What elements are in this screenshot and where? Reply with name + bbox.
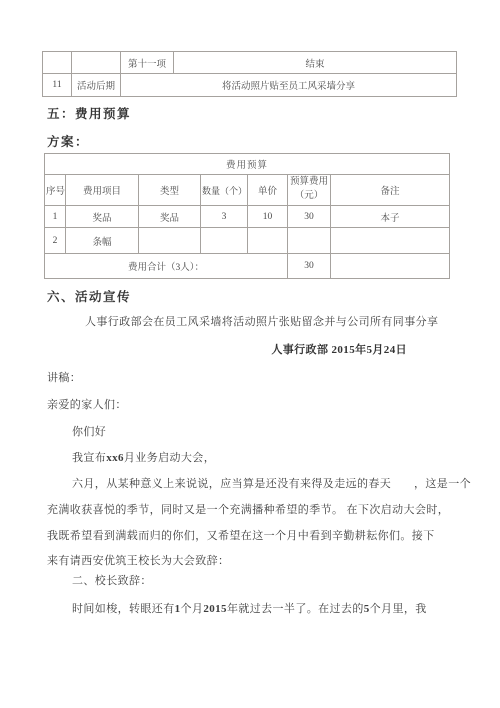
speech-para-line1: 六月，从某种意义上来说说，应当算是还没有来得及走远的春天 ，这是一个 xyxy=(72,475,471,491)
promo-share-line: 人事行政部会在员工风采墙将活动照片张贴留念并与公司所有同事分享 xyxy=(85,313,438,329)
budget-table-title: 费用预算 xyxy=(45,154,450,175)
table-row: 费用合计（3人）： 30 xyxy=(45,254,450,279)
table-row: 11 活动后期 将活动照片贴至员工风采墙分享 xyxy=(43,74,457,97)
budget-cell-unit-price xyxy=(248,228,288,254)
budget-cell-type xyxy=(139,228,201,254)
budget-cell-qty: 3 xyxy=(201,206,248,228)
schedule-cell-description: 将活动照片贴至员工风采墙分享 xyxy=(121,74,457,97)
section-heading-promo: 六、活动宣传 xyxy=(47,287,131,305)
budget-cell-seq: 2 xyxy=(45,228,66,254)
budget-header-fee-line1: 预算费用 xyxy=(289,176,329,190)
script-label: 讲稿： xyxy=(47,369,81,385)
schedule-cell-item-no: 第十一项 xyxy=(121,52,174,74)
hello-line: 你们好 xyxy=(72,423,106,439)
document-page: 第十一项 结束 11 活动后期 将活动照片贴至员工风采墙分享 五：费用预算 方案… xyxy=(0,0,500,708)
plan-label: 方案： xyxy=(47,132,89,150)
budget-cell-item: 条幅 xyxy=(66,228,139,254)
schedule-cell-seq: 11 xyxy=(43,74,72,97)
budget-header-seq: 序号 xyxy=(45,175,66,206)
budget-cell-note: 本子 xyxy=(331,206,450,228)
time-seg2: 个月 xyxy=(181,603,204,615)
budget-cell-seq: 1 xyxy=(45,206,66,228)
principal-heading: 二、校长致辞： xyxy=(72,572,152,588)
budget-header-type: 类型 xyxy=(139,175,201,206)
speech-para-line4: 来有请西安优筑王校长为大会致辞： xyxy=(47,552,229,568)
greeting-line: 亲爱的家人们： xyxy=(47,396,127,412)
budget-cell-type: 奖品 xyxy=(139,206,201,228)
budget-cell-item: 奖品 xyxy=(66,206,139,228)
speech-para-line3: 我既希望看到满载而归的你们，又希望在这一个月中看到辛勤耕耘你们。接下 xyxy=(47,527,435,543)
table-row: 2 条幅 xyxy=(45,228,450,254)
table-row: 费用预算 xyxy=(45,154,450,175)
budget-footer-total: 30 xyxy=(288,254,331,279)
budget-header-note: 备注 xyxy=(331,175,450,206)
schedule-cell-phase: 活动后期 xyxy=(72,74,121,97)
table-row: 第十一项 结束 xyxy=(43,52,457,74)
budget-cell-unit-price: 10 xyxy=(248,206,288,228)
time-seg4: 个月里，我 xyxy=(370,603,427,615)
budget-footer-label: 费用合计（3人）： xyxy=(45,254,288,279)
announce-post: 月业务启动大会， xyxy=(124,452,215,464)
budget-cell-fee: 30 xyxy=(288,206,331,228)
schedule-cell-item-name: 结束 xyxy=(174,52,457,74)
signoff-line: 人事行政部 2015年5月24日 xyxy=(271,341,407,357)
budget-cell-note xyxy=(331,228,450,254)
announce-line: 我宣布xx6月业务启动大会， xyxy=(72,449,215,465)
schedule-cell-empty xyxy=(43,52,72,74)
budget-header-fee: 预算费用 （元） xyxy=(288,175,331,206)
schedule-cell-empty xyxy=(72,52,121,74)
table-row: 序号 费用项目 类型 数量（个） 单价 预算费用 （元） 备注 xyxy=(45,175,450,206)
budget-header-qty: 数量（个） xyxy=(201,175,248,206)
budget-header-item: 费用项目 xyxy=(66,175,139,206)
time-seg3: 年就过去一半了。在过去的 xyxy=(227,603,364,615)
time-line: 时间如梭，转眼还有1个月2015年就过去一半了。在过去的5个月里，我 xyxy=(72,600,427,616)
announce-pre: 我宣布 xyxy=(72,452,106,464)
budget-cell-fee xyxy=(288,228,331,254)
section-heading-budget: 五：费用预算 xyxy=(47,104,131,122)
budget-footer-note xyxy=(331,254,450,279)
speech-para-line2: 充满收获喜悦的季节，同时又是一个充满播种希望的季节。 在下次启动大会时， xyxy=(47,501,449,517)
budget-cell-qty xyxy=(201,228,248,254)
schedule-table: 第十一项 结束 11 活动后期 将活动照片贴至员工风采墙分享 xyxy=(42,51,457,97)
budget-header-unit-price: 单价 xyxy=(248,175,288,206)
budget-header-fee-line2: （元） xyxy=(289,190,329,204)
table-row: 1 奖品 奖品 3 10 30 本子 xyxy=(45,206,450,228)
time-seg1: 时间如梭，转眼还有 xyxy=(72,603,175,615)
time-bold2: 2015 xyxy=(203,603,227,615)
announce-bold: xx6 xyxy=(106,452,124,464)
budget-table: 费用预算 序号 费用项目 类型 数量（个） 单价 预算费用 （元） 备注 1 奖… xyxy=(44,153,450,279)
